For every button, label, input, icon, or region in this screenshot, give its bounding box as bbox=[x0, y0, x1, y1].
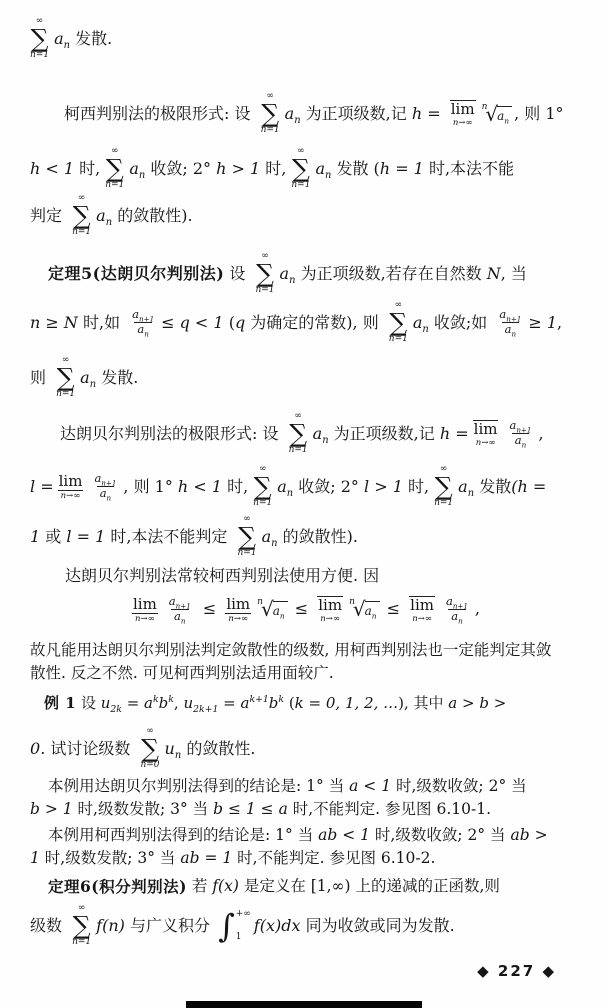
text-run: 为确定的常数), 则 bbox=[245, 313, 384, 333]
math-run: an bbox=[458, 477, 474, 497]
doc-line: 则 ∞∑n=1an 发散. bbox=[30, 356, 138, 400]
text-run: 发散. bbox=[70, 29, 112, 49]
math-run: h < 1 bbox=[30, 159, 74, 179]
integral-symbol: ∫+∞1 bbox=[218, 909, 251, 943]
summation-symbol: ∞∑n=1 bbox=[30, 17, 49, 61]
math-run: un bbox=[165, 739, 182, 759]
scan-artifact-bar bbox=[186, 1001, 422, 1008]
doc-line: 1 或 l = 1 时,本法不能判定 ∞∑n=1an 的敛散性). bbox=[30, 515, 358, 559]
limit-symbol: limn→∞ bbox=[473, 420, 499, 448]
doc-line: 定理6(积分判别法) 若 f(x) 是定义在 [1,∞) 上的递减的正函数,则 bbox=[48, 877, 500, 896]
doc-line: ∞∑n=1an 发散. bbox=[30, 17, 112, 61]
doc-line: 故凡能用达朗贝尔判别法判定敛散性的级数, 用柯西判别法也一定能判定其敛 bbox=[30, 641, 551, 660]
doc-line: n ≥ N 时,如 an+1an≤ q < 1 (q 为确定的常数), 则 ∞∑… bbox=[30, 301, 562, 345]
text-run: 时, bbox=[222, 477, 248, 497]
text-run: ( bbox=[224, 313, 235, 333]
text-run: 时,不能判定. 参见图 6.10-1. bbox=[288, 800, 491, 819]
summation-symbol: ∞∑n=1 bbox=[72, 194, 91, 238]
text-run: 的敛散性. bbox=[181, 739, 255, 759]
doc-line: h < 1 时,∞∑n=1an 收敛; 2° h > 1 时,∞∑n=1an 发… bbox=[30, 147, 514, 191]
text-run: 时, bbox=[403, 477, 429, 497]
limit-symbol: limn→∞ bbox=[409, 596, 435, 624]
text-run: 达朗贝尔判别法常较柯西判别法使用方便. 因 bbox=[65, 566, 379, 586]
text-run: 达朗贝尔判别法的极限形式: 设 bbox=[60, 424, 284, 444]
math-run: ab < 1 bbox=[318, 826, 370, 845]
summation-symbol: ∞∑n=1 bbox=[72, 904, 91, 948]
math-run: ≤ bbox=[382, 599, 406, 619]
heading-run: 定理5(达朗贝尔判别法) bbox=[48, 264, 224, 284]
math-run: an bbox=[313, 424, 329, 444]
text-run: 收敛;如 bbox=[429, 313, 493, 333]
doc-line: 1 时,级数发散; 3° 当 ab = 1 时,不能判定. 参见图 6.10-2… bbox=[30, 849, 435, 868]
math-run: an bbox=[129, 159, 145, 179]
doc-line: 本例用达朗贝尔判别法得到的结论是: 1° 当 a < 1 时,级数收敛; 2° … bbox=[48, 777, 527, 796]
math-run: q bbox=[235, 313, 245, 333]
text-run: 设 bbox=[76, 694, 101, 713]
doc-line: l =limn→∞an+1an, 则 1° h < 1 时,∞∑n=1an 收敛… bbox=[30, 465, 546, 509]
math-run: u2k+1 = ak+1bk bbox=[183, 694, 284, 713]
text-run: 级数 bbox=[30, 916, 67, 936]
summation-symbol: ∞∑n=1 bbox=[238, 515, 257, 559]
math-run: an bbox=[54, 29, 70, 49]
fraction: an+1an bbox=[129, 308, 157, 337]
limit-symbol: limn→∞ bbox=[58, 473, 84, 501]
math-run: ≤ q < 1 bbox=[161, 313, 224, 333]
math-run: ab > bbox=[510, 826, 547, 845]
text-run: 故凡能用达朗贝尔判别法判定敛散性的级数, 用柯西判别法也一定能判定其敛 bbox=[30, 641, 551, 660]
page-number: ◆ 227 ◆ bbox=[477, 962, 556, 980]
text-run: 发散 ( bbox=[331, 159, 379, 179]
doc-line: 达朗贝尔判别法的极限形式: 设 ∞∑n=1an 为正项级数,记 h =limn→… bbox=[60, 412, 544, 456]
math-run: ab = 1 bbox=[180, 849, 232, 868]
math-run: h < 1 bbox=[178, 477, 222, 497]
doc-line: 本例用柯西判别法得到的结论是: 1° 当 ab < 1 时,级数收敛; 2° 当… bbox=[48, 826, 548, 845]
text-run: 时,级数发散; 3° 当 bbox=[40, 849, 180, 868]
doc-line: b > 1 时,级数发散; 3° 当 b ≤ 1 ≤ a 时,不能判定. 参见图… bbox=[30, 800, 491, 819]
text-run: 判定 bbox=[30, 206, 67, 226]
text-run: 为正项级数,记 bbox=[301, 104, 412, 124]
summation-symbol: ∞∑n=0 bbox=[140, 727, 159, 771]
text-run: 本例用柯西判别法得到的结论是: 1° 当 bbox=[48, 826, 318, 845]
math-run: u2k = akbk bbox=[101, 694, 174, 713]
nth-root: n√an bbox=[257, 599, 288, 619]
text-run: 则 bbox=[30, 368, 51, 388]
text-run: 收敛; 2° bbox=[293, 477, 364, 497]
math-run: (h = bbox=[511, 477, 546, 497]
text-run: 本例用达朗贝尔判别法得到的结论是: 1° 当 bbox=[48, 777, 349, 796]
math-run: N bbox=[487, 264, 501, 284]
text-run: , bbox=[475, 599, 480, 619]
math-run: h = 1 bbox=[380, 159, 424, 179]
math-run: h > 1 bbox=[216, 159, 260, 179]
text-run: , 当 bbox=[501, 264, 527, 284]
math-run: h = bbox=[412, 104, 446, 124]
summation-symbol: ∞∑n=1 bbox=[105, 147, 124, 191]
nth-root: n√an bbox=[349, 599, 380, 619]
math-run: ≤ bbox=[198, 599, 222, 619]
text-run: , bbox=[538, 424, 543, 444]
fraction: an+1an bbox=[443, 595, 471, 624]
text-run: ), 其中 bbox=[398, 694, 448, 713]
math-run: an bbox=[96, 206, 112, 226]
summation-symbol: ∞∑n=1 bbox=[255, 252, 274, 296]
limit-symbol: limn→∞ bbox=[132, 596, 158, 624]
text-run: 时,本法不能 bbox=[424, 159, 514, 179]
text-run: 若 bbox=[187, 877, 212, 896]
math-run: an bbox=[277, 477, 293, 497]
text-run: 时,级数发散; 3° 当 bbox=[73, 800, 213, 819]
math-run: 1 bbox=[30, 849, 40, 868]
math-run: l = 1 bbox=[66, 527, 105, 547]
doc-line: 定理5(达朗贝尔判别法) 设 ∞∑n=1an 为正项级数,若存在自然数 N, 当 bbox=[48, 252, 527, 296]
math-run: k = 0, 1, 2, … bbox=[295, 694, 398, 713]
text-run: 时, bbox=[74, 159, 100, 179]
doc-line: 例 1 设 u2k = akbk, u2k+1 = ak+1bk (k = 0,… bbox=[44, 694, 506, 713]
text-run: 的敛散性). bbox=[112, 206, 192, 226]
math-run: a > b > bbox=[448, 694, 506, 713]
math-run: an bbox=[280, 264, 296, 284]
doc-line: 0. 试讨论级数 ∞∑n=0un 的敛散性. bbox=[30, 727, 255, 771]
doc-line: limn→∞an+1an ≤ limn→∞n√an ≤ limn→∞n√an ≤… bbox=[0, 595, 608, 624]
math-run: 1 bbox=[30, 527, 40, 547]
text-run: 时,不能判定. 参见图 6.10-2. bbox=[232, 849, 435, 868]
text-run: . 试讨论级数 bbox=[40, 739, 135, 759]
text-run: 发散 bbox=[474, 477, 511, 497]
text-run: 时,级数收敛; 2° 当 bbox=[370, 826, 510, 845]
text-run: 发散. bbox=[96, 368, 138, 388]
fraction: an+1an bbox=[496, 308, 524, 337]
math-run: an bbox=[262, 527, 278, 547]
math-run: an bbox=[285, 104, 301, 124]
math-run: h = bbox=[440, 424, 469, 444]
text-run: 设 bbox=[224, 264, 250, 284]
text-run: 收敛; 2° bbox=[145, 159, 216, 179]
text-run: 为正项级数,记 bbox=[329, 424, 440, 444]
text-run: 时,级数收敛; 2° 当 bbox=[391, 777, 527, 796]
math-run: 0 bbox=[30, 739, 40, 759]
math-run: a < 1 bbox=[349, 777, 391, 796]
heading-run: 例 1 bbox=[44, 694, 76, 713]
text-run: 时, bbox=[260, 159, 286, 179]
math-run: l > 1 bbox=[364, 477, 403, 497]
text-run: 的敛散性). bbox=[278, 527, 358, 547]
nth-root: n√an bbox=[482, 104, 513, 124]
summation-symbol: ∞∑n=1 bbox=[434, 465, 453, 509]
text-run: , 则 1° bbox=[123, 477, 178, 497]
math-run: f(n) bbox=[96, 916, 125, 936]
doc-line: 判定 ∞∑n=1an 的敛散性). bbox=[30, 194, 193, 238]
scanned-book-page: ∞∑n=1an 发散.柯西判别法的极限形式: 设 ∞∑n=1an 为正项级数,记… bbox=[0, 0, 608, 1008]
math-run: b ≤ 1 ≤ a bbox=[213, 800, 288, 819]
text-run: 柯西判别法的极限形式: 设 bbox=[64, 104, 256, 124]
limit-symbol: limn→∞ bbox=[450, 100, 476, 128]
text-run: , 则 1° bbox=[514, 104, 563, 124]
text-run: 同为收敛或同为发散. bbox=[301, 916, 455, 936]
text-run: 散性. 反之不然. 可见柯西判别法适用面较广. bbox=[30, 664, 334, 683]
math-run: n ≥ N bbox=[30, 313, 78, 333]
text-run: 时,本法不能判定 bbox=[105, 527, 232, 547]
fraction: an+1an bbox=[91, 472, 119, 501]
math-run: b > 1 bbox=[30, 800, 73, 819]
math-run: an bbox=[80, 368, 96, 388]
text-run: , bbox=[174, 694, 184, 713]
text-run: ( bbox=[284, 694, 295, 713]
limit-symbol: limn→∞ bbox=[225, 596, 251, 624]
doc-line: 散性. 反之不然. 可见柯西判别法适用面较广. bbox=[30, 664, 334, 683]
text-run: 与广义积分 bbox=[125, 916, 215, 936]
doc-line: 柯西判别法的极限形式: 设 ∞∑n=1an 为正项级数,记 h = limn→∞… bbox=[64, 92, 564, 136]
summation-symbol: ∞∑n=1 bbox=[253, 465, 272, 509]
math-run: l = bbox=[30, 477, 54, 497]
summation-symbol: ∞∑n=1 bbox=[289, 412, 308, 456]
doc-line: 级数 ∞∑n=1f(n) 与广义积分 ∫+∞1f(x)dx 同为收敛或同为发散. bbox=[30, 904, 455, 948]
text-run: , bbox=[557, 313, 562, 333]
summation-symbol: ∞∑n=1 bbox=[389, 301, 408, 345]
fraction: an+1an bbox=[506, 419, 534, 448]
doc-line: 达朗贝尔判别法常较柯西判别法使用方便. 因 bbox=[65, 566, 379, 586]
text-run: 为正项级数,若存在自然数 bbox=[295, 264, 486, 284]
summation-symbol: ∞∑n=1 bbox=[56, 356, 75, 400]
math-run: f(x)dx bbox=[254, 916, 301, 936]
math-run: an bbox=[315, 159, 331, 179]
limit-symbol: limn→∞ bbox=[317, 596, 343, 624]
text-run: 是定义在 [1,∞) 上的递减的正函数,则 bbox=[239, 877, 500, 896]
text-run: 时,如 bbox=[78, 313, 125, 333]
math-run: ≥ 1 bbox=[528, 313, 557, 333]
summation-symbol: ∞∑n=1 bbox=[291, 147, 310, 191]
math-run: an bbox=[413, 313, 429, 333]
heading-run: 定理6(积分判别法) bbox=[48, 877, 187, 896]
text-run: 或 bbox=[40, 527, 66, 547]
summation-symbol: ∞∑n=1 bbox=[261, 92, 280, 136]
fraction: an+1an bbox=[166, 595, 194, 624]
math-run: ≤ bbox=[290, 599, 314, 619]
math-run: f(x) bbox=[212, 877, 239, 896]
